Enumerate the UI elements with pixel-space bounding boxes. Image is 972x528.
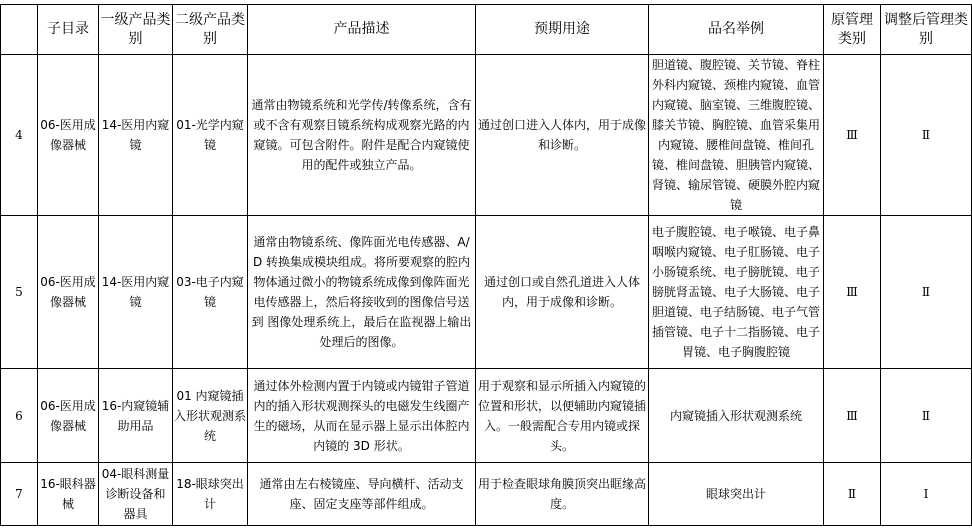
adjusted-class-cell: Ⅰ: [881, 463, 972, 526]
header-level2-category: 二级产品类别: [173, 5, 248, 55]
original-class-cell: Ⅲ: [824, 216, 881, 369]
header-row: 子目录 一级产品类别 二级产品类别 产品描述 预期用途 品名举例 原管理类别 调…: [1, 5, 972, 55]
level1-category-cell: 16-内窥镜辅助用品: [99, 369, 173, 463]
intended-use-cell: 通过创口或自然孔道进入人体内，用于成像和诊断。: [476, 216, 649, 369]
header-original-class: 原管理类别: [824, 5, 881, 55]
examples-cell: 内窥镜插入形状观测系统: [649, 369, 824, 463]
sub-catalog-cell: 06-医用成像器械: [38, 216, 99, 369]
original-class-cell: Ⅱ: [824, 463, 881, 526]
table-row: 5 06-医用成像器械 14-医用内窥镜 03-电子内窥镜 通常由物镜系统、像阵…: [1, 216, 972, 369]
intended-use-cell: 用于观察和显示所插入内窥镜的位置和形状，以便辅助内窥镜插入。一般需配合专用内镜或…: [476, 369, 649, 463]
row-index: 5: [1, 216, 38, 369]
level2-category-cell: 01-光学内窥镜: [173, 55, 248, 216]
original-class-cell: Ⅲ: [824, 55, 881, 216]
original-class-cell: Ⅲ: [824, 369, 881, 463]
description-cell: 通常由左右棱镜座、导向横杆、活动支座、固定支座等部件组成。: [248, 463, 476, 526]
adjusted-class-cell: Ⅱ: [881, 369, 972, 463]
examples-cell: 眼球突出计: [649, 463, 824, 526]
sub-catalog-cell: 06-医用成像器械: [38, 369, 99, 463]
examples-cell: 电子腹腔镜、电子喉镜、电子鼻咽喉内窥镜、电子肛肠镜、电子小肠镜系统、电子膀胱镜、…: [649, 216, 824, 369]
adjusted-class-cell: Ⅱ: [881, 216, 972, 369]
table-row: 7 16-眼科器械 04-眼科测量诊断设备和器具 18-眼球突出计 通常由左右棱…: [1, 463, 972, 526]
examples-cell: 胆道镜、腹腔镜、关节镜、脊柱外科内窥镜、颈椎内窥镜、血管内窥镜、脑室镜、三维腹腔…: [649, 55, 824, 216]
table-row: 6 06-医用成像器械 16-内窥镜辅助用品 01 内窥镜插入形状观测系统 通过…: [1, 369, 972, 463]
sub-catalog-cell: 06-医用成像器械: [38, 55, 99, 216]
header-adjusted-class: 调整后管理类别: [881, 5, 972, 55]
header-level1-category: 一级产品类别: [99, 5, 173, 55]
header-intended-use: 预期用途: [476, 5, 649, 55]
level2-category-cell: 03-电子内窥镜: [173, 216, 248, 369]
classification-table: 子目录 一级产品类别 二级产品类别 产品描述 预期用途 品名举例 原管理类别 调…: [0, 4, 972, 526]
header-examples: 品名举例: [649, 5, 824, 55]
header-description: 产品描述: [248, 5, 476, 55]
header-sub-catalog: 子目录: [38, 5, 99, 55]
level1-category-cell: 04-眼科测量诊断设备和器具: [99, 463, 173, 526]
row-index: 6: [1, 369, 38, 463]
description-cell: 通过体外检测内置于内镜或内镜钳子管道内的插入形状观测探头的电磁发生线圈产生的磁场…: [248, 369, 476, 463]
level2-category-cell: 01 内窥镜插入形状观测系统: [173, 369, 248, 463]
header-index: [1, 5, 38, 55]
description-cell: 通常由物镜系统、像阵面光电传感器、A/D 转换集成模块组成。将所要观察的腔内物体…: [248, 216, 476, 369]
level1-category-cell: 14-医用内窥镜: [99, 216, 173, 369]
intended-use-cell: 用于检查眼球角膜顶突出眶缘高度。: [476, 463, 649, 526]
level1-category-cell: 14-医用内窥镜: [99, 55, 173, 216]
level2-category-cell: 18-眼球突出计: [173, 463, 248, 526]
sub-catalog-cell: 16-眼科器械: [38, 463, 99, 526]
description-cell: 通常由物镜系统和光学传/转像系统，含有或不含有观察目镜系统构成观察光路的内窥镜。…: [248, 55, 476, 216]
adjusted-class-cell: Ⅱ: [881, 55, 972, 216]
row-index: 7: [1, 463, 38, 526]
table-row: 4 06-医用成像器械 14-医用内窥镜 01-光学内窥镜 通常由物镜系统和光学…: [1, 55, 972, 216]
row-index: 4: [1, 55, 38, 216]
intended-use-cell: 通过创口进入人体内，用于成像和诊断。: [476, 55, 649, 216]
